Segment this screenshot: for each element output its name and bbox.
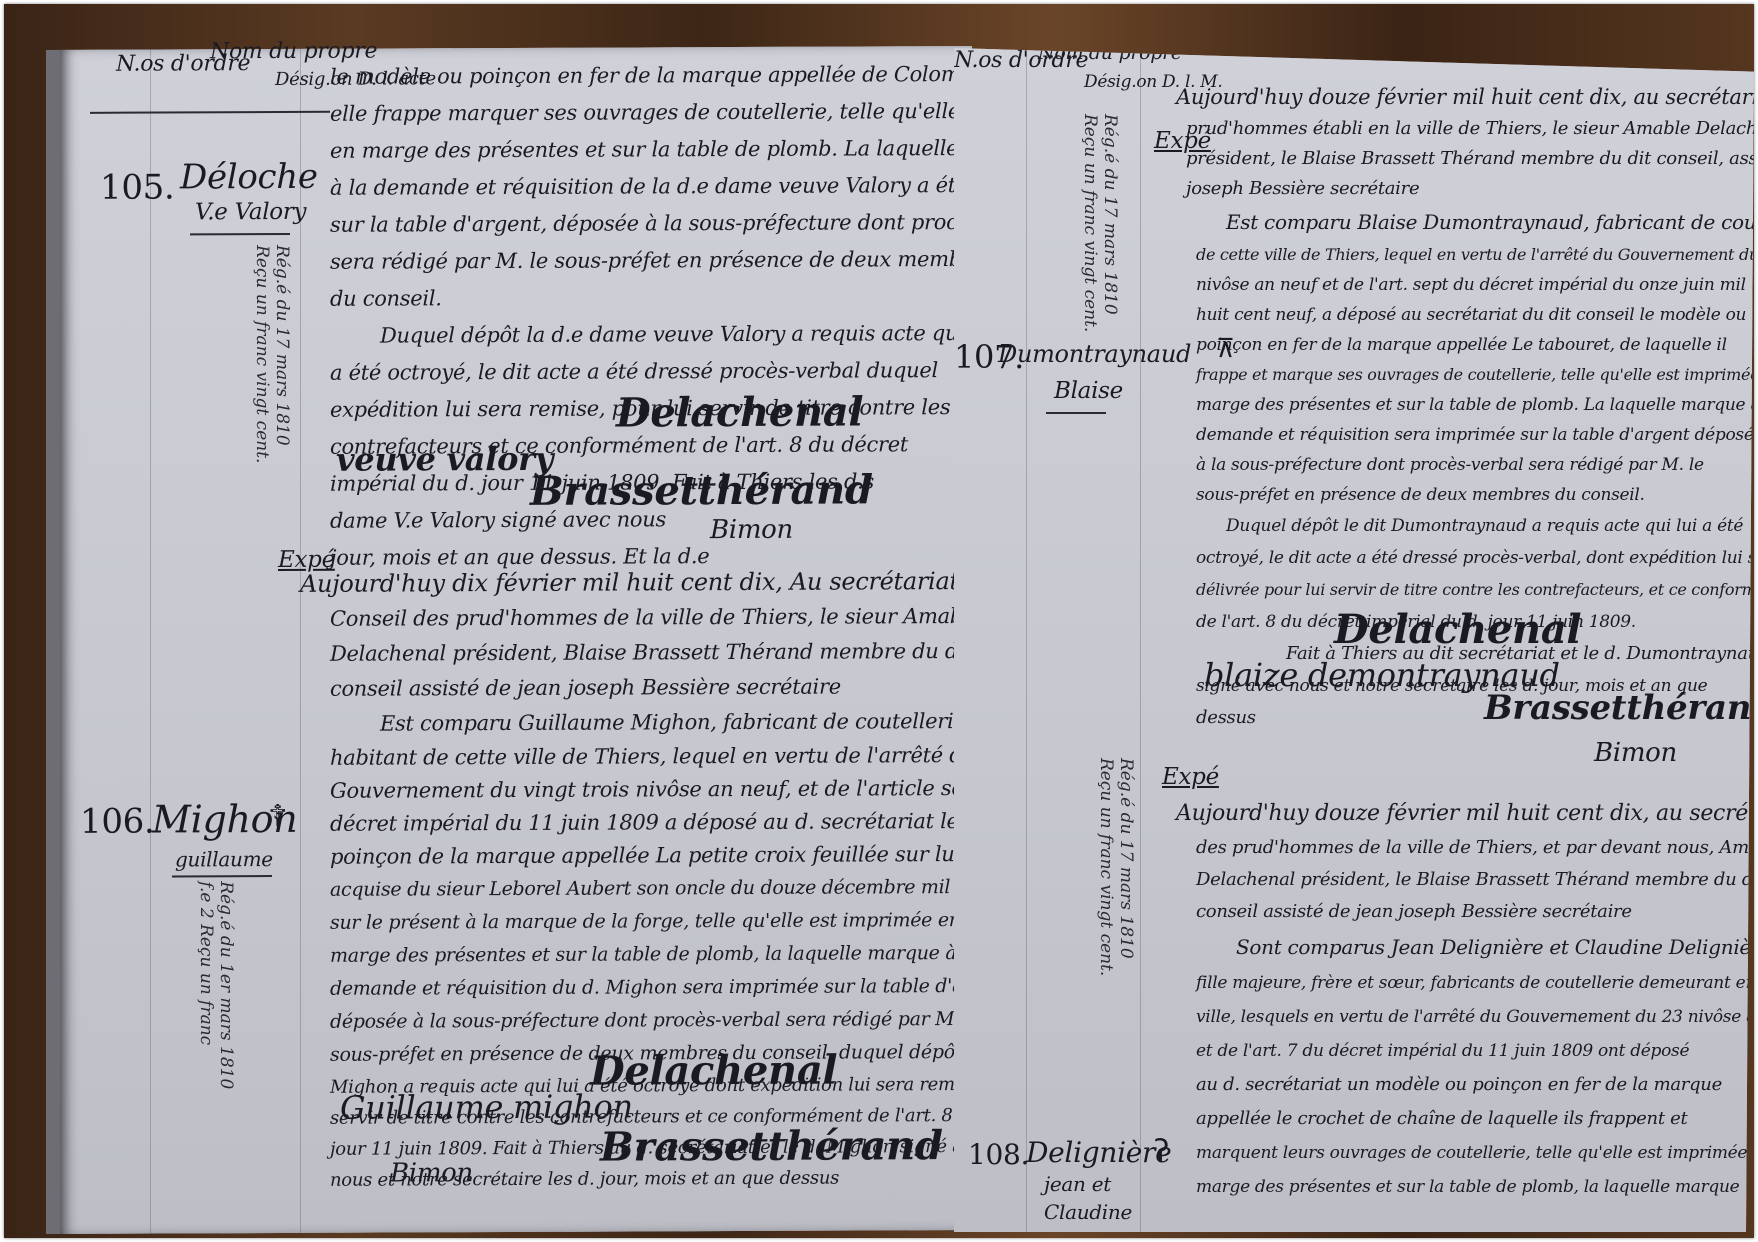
register-photograph: N.os d'ordre Nom du propre Désig.on D. l… [4, 4, 1754, 1238]
text-line: président, le Blaise Brassett Thérand me… [1186, 144, 1754, 174]
text-line: Delachenal président, le Blaise Brassett… [1196, 864, 1754, 896]
margin-payment-note: Reçu un franc vingt cent. [252, 245, 272, 463]
text-line: huit cent neuf, a déposé au secrétariat … [1196, 300, 1754, 330]
entry-name: Delignière [1026, 1136, 1171, 1169]
text-line: des prud'hommes de la ville de Thiers, e… [1196, 832, 1754, 864]
entry-sub-name: V.e Valory [195, 199, 306, 225]
text-line: Est comparu Blaise Dumontraynaud, fabric… [1226, 204, 1754, 240]
margin-registration-note: Rég.é du 1er mars 1810 [216, 881, 236, 1089]
entry-sub-name: guillaume [175, 847, 273, 871]
signature-bimon: Bimon [1594, 738, 1677, 768]
margin-registration-note: Rég.é du 17 mars 1810 [1116, 758, 1136, 959]
entry-sub-name: jean et [1044, 1172, 1111, 1196]
signature-bimon: Bimon [390, 1158, 473, 1188]
text-line: conseil assisté de jean joseph Bessière … [1196, 896, 1754, 928]
text-line: prud'hommes établi en la ville de Thiers… [1186, 114, 1754, 144]
right-page: N.os d'ordre Nom du propre Désig.on D. l… [954, 48, 1754, 1232]
signature-brassetthérand: Brassetthérand [600, 1122, 943, 1170]
margin-payment-note: f.e 2 Reçu un franc [196, 881, 216, 1045]
text-line: joseph Bessière secrétaire [1186, 174, 1754, 204]
text-line: Aujourd'huy douze février mil huit cent … [1176, 80, 1754, 114]
margin-registration-note: Rég.é du 17 mars 1810 [1100, 114, 1120, 315]
text-line: nivôse an neuf et de l'art. sept du décr… [1196, 270, 1754, 300]
signature-brassetthérand: Brassetthérand [530, 466, 873, 514]
text-line: demande et réquisition sera imprimée sur… [1196, 420, 1754, 450]
maker-mark-tabouret-icon: ⊼ [1216, 334, 1235, 364]
column-rule [1140, 48, 1141, 1232]
text-line: marge des présentes et sur la table de p… [1196, 390, 1754, 420]
left-page: N.os d'ordre Nom du propre Désig.on D. l… [46, 46, 972, 1234]
text-line: Sont comparus Jean Delignière et Claudin… [1236, 928, 1754, 966]
expedition-label: Expé [1162, 764, 1219, 790]
margin-payment-note: Reçu un franc vingt cent. [1096, 758, 1116, 976]
entry-number: 108. [968, 1138, 1029, 1171]
text-line: poinçon en fer de la marque appellée Le … [1196, 330, 1754, 360]
text-line: sous-préfet en présence de deux membres … [1196, 480, 1754, 510]
signature-bimon: Bimon [710, 515, 793, 545]
text-line: à la sous-préfecture dont procès-verbal … [1196, 450, 1754, 480]
entry-name: Dumontraynaud [998, 340, 1191, 368]
signature-delachenal: Delachenal [616, 388, 863, 436]
text-line: Aujourd'huy dix février mil huit cent di… [300, 564, 1058, 602]
text-line: délivrée pour lui servir de titre contre… [1196, 574, 1754, 606]
entry-sub-name: Blaise [1054, 378, 1123, 404]
entry-name: Déloche [180, 157, 318, 198]
column-rule [150, 50, 151, 1234]
signature-guillaume-mighon: Guillaume mighon [340, 1087, 633, 1126]
text-line: au d. secrétariat un modèle ou poinçon e… [1196, 1068, 1754, 1102]
column-header-name: Nom du propre [1038, 42, 1182, 64]
name-rule [172, 875, 272, 877]
signature-brassetthérand: Brassetthérand [1484, 688, 1754, 728]
entry-number: 106. [80, 802, 155, 842]
entry-number: 105. [100, 167, 175, 207]
maker-mark-crochet-de-chaine-icon: ʔ [1154, 1134, 1169, 1169]
text-line: marquent leurs ouvrages de coutellerie, … [1196, 1136, 1754, 1170]
signature-delachenal: Delachenal [1334, 606, 1581, 653]
text-line: octroyé, le dit acte a été dressé procès… [1196, 542, 1754, 574]
text-line: marge des présentes et sur la table de p… [1196, 1170, 1754, 1204]
text-line: appellée le crochet de chaîne de laquell… [1196, 1102, 1754, 1136]
text-line: fille majeure, frère et sœur, fabricants… [1196, 966, 1754, 1000]
margin-registration-note: Rég.é du 17 mars 1810 [272, 245, 292, 446]
text-line: Duquel dépôt le dit Dumontraynaud a requ… [1226, 510, 1754, 542]
entry-sub-name: Claudine [1044, 1200, 1132, 1224]
text-line: et de l'art. 7 du décret impérial du 11 … [1196, 1034, 1754, 1068]
text-line: de cette ville de Thiers, lequel en vert… [1196, 240, 1754, 270]
text-line: Aujourd'huy douze février mil huit cent … [1176, 796, 1754, 832]
name-rule [1046, 412, 1106, 414]
name-rule [190, 233, 290, 235]
header-rule [90, 111, 330, 114]
margin-payment-note: Reçu un franc vingt cent. [1080, 114, 1100, 332]
maker-mark-petite-croix-icon: ☦ [268, 799, 287, 834]
column-rule [1026, 48, 1027, 1232]
signature-veuve-valory: veuve valory [336, 440, 553, 479]
text-line: ville, lesquels en vertu de l'arrêté du … [1196, 1000, 1754, 1034]
text-line: frappe et marque ses ouvrages de coutell… [1196, 360, 1754, 390]
entry-108-text: Aujourd'huy douze février mil huit cent … [1176, 796, 1754, 1204]
